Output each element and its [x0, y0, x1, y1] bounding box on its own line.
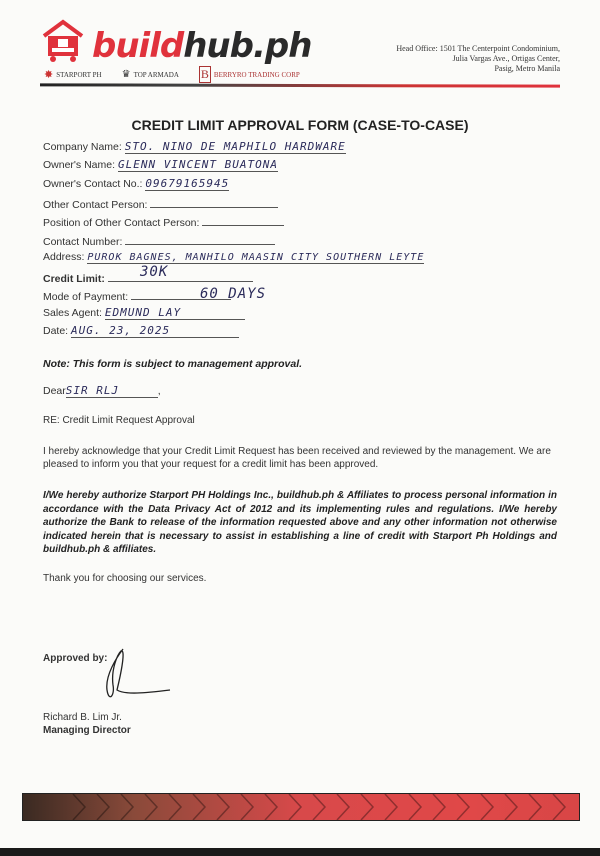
affiliate-starport: ✸STARPORT PH	[44, 68, 102, 81]
owner-contact-value: 09679165945	[145, 177, 229, 191]
company-name-value: STO. NINO DE MAPHILO HARDWARE	[125, 140, 346, 154]
header-divider	[40, 83, 560, 87]
acknowledgment-paragraph: I hereby acknowledge that your Credit Li…	[43, 445, 557, 471]
thank-you-line: Thank you for choosing our services.	[43, 572, 557, 585]
approval-note: Note: This form is subject to management…	[43, 358, 302, 370]
company-name-field: Company Name: STO. NINO DE MAPHILO HARDW…	[43, 140, 346, 153]
signatory-title: Managing Director	[43, 724, 557, 737]
re-subject: RE: Credit Limit Request Approval	[43, 414, 557, 427]
affiliate-berryro: BBERRYRO TRADING CORP	[199, 66, 300, 83]
affiliate-logos: ✸STARPORT PH ♛TOP ARMADA BBERRYRO TRADIN…	[44, 66, 300, 83]
buildhub-house-logo-icon	[40, 18, 86, 64]
sales-agent-value: EDMUND LAY	[105, 306, 245, 320]
mode-of-payment-value: 60 DAYS	[200, 286, 266, 302]
position-other-contact-field: Position of Other Contact Person:	[43, 214, 284, 229]
b-monogram-icon: B	[199, 66, 211, 83]
address-value: PUROK BAGNES, MANHILO MAASIN CITY SOUTHE…	[87, 252, 424, 264]
credit-limit-value: 30K	[140, 264, 168, 280]
contact-number-field: Contact Number:	[43, 233, 275, 248]
signatory-name: Richard B. Lim Jr.	[43, 711, 557, 724]
privacy-authorization-paragraph: I/We hereby authorize Starport PH Holdin…	[43, 489, 557, 557]
date-field: Date: AUG. 23, 2025	[43, 324, 239, 338]
crown-icon: ♛	[122, 69, 131, 80]
document-page: buildhub.ph ✸STARPORT PH ♛TOP ARMADA BBE…	[0, 0, 600, 848]
head-office-address: Head Office: 1501 The Centerpoint Condom…	[396, 44, 560, 74]
date-value: AUG. 23, 2025	[71, 324, 239, 338]
salutation-name: SIR RLJ	[66, 384, 158, 398]
signature	[95, 645, 175, 705]
address-field: Address: PUROK BAGNES, MANHILO MAASIN CI…	[43, 251, 424, 263]
sales-agent-field: Sales Agent: EDMUND LAY	[43, 306, 245, 320]
affiliate-top-armada: ♛TOP ARMADA	[122, 69, 179, 80]
form-title: CREDIT LIMIT APPROVAL FORM (CASE-TO-CASE…	[0, 117, 600, 133]
star-icon: ✸	[44, 68, 53, 81]
owner-name-value: GLENN VINCENT BUATONA	[118, 158, 278, 172]
salutation: DearSIR RLJ,	[43, 384, 161, 398]
owner-name-field: Owner's Name: GLENN VINCENT BUATONA	[43, 158, 278, 171]
owner-contact-field: Owner's Contact No.: 09679165945	[43, 177, 229, 190]
brand-name: buildhub.ph	[92, 26, 311, 66]
other-contact-person-field: Other Contact Person:	[43, 196, 278, 211]
chevron-arrows-icon	[23, 794, 579, 820]
footer-chevron-banner	[22, 793, 580, 821]
